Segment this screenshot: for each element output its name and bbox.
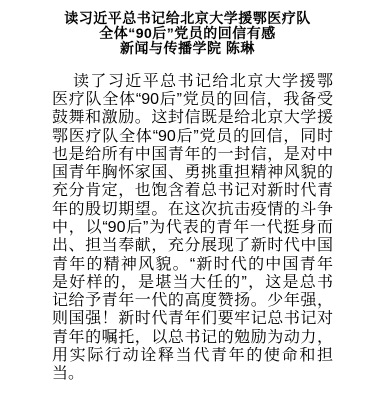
body-line: 是好样的，是堪当大任的”，这是总书 <box>52 274 333 292</box>
body-line: 鄂医疗队全体“90后”党员的回信，同时 <box>52 128 333 146</box>
document-title: 读习近平总书记给北京大学援鄂医疗队 全体“90后”党员的回信有感 新闻与传播学院… <box>0 0 375 57</box>
body-line: 青年的嘱托，以总书记的勉励为动力， <box>52 329 333 347</box>
body-line: 读了习近平总书记给北京大学援鄂 <box>52 73 333 91</box>
body-line: 中，以“90后”为代表的青年一代挺身而 <box>52 219 333 237</box>
title-line-1: 读习近平总书记给北京大学援鄂医疗队 <box>0 11 375 26</box>
body-line: 青年的精神风貌。“新时代的中国青年 <box>52 256 333 274</box>
body-line: 当。 <box>52 365 333 383</box>
body-line: 充分肯定，也饱含着总书记对新时代青 <box>52 182 333 200</box>
author-line: 新闻与传播学院 陈琳 <box>0 41 375 56</box>
body-line: 年的殷切期望。在这次抗击疫情的斗争 <box>52 201 333 219</box>
body-line: 记给予青年一代的高度赞扬。少年强， <box>52 292 333 310</box>
essay-body: 读了习近平总书记给北京大学援鄂 医疗队全体“90后”党员的回信，我备受 鼓舞和激… <box>52 73 333 384</box>
body-line: 鼓舞和激励。这封信既是给北京大学援 <box>52 109 333 127</box>
body-line: 国青年胸怀家国、勇挑重担精神风貌的 <box>52 164 333 182</box>
body-line: 也是给所有中国青年的一封信，是对中 <box>52 146 333 164</box>
title-line-2: 全体“90后”党员的回信有感 <box>0 26 375 41</box>
body-line: 出、担当奉献，充分展现了新时代中国 <box>52 237 333 255</box>
document-page: 读习近平总书记给北京大学援鄂医疗队 全体“90后”党员的回信有感 新闻与传播学院… <box>0 0 375 397</box>
body-line: 用实际行动诠释当代青年的使命和担 <box>52 347 333 365</box>
body-line: 则国强！新时代青年们要牢记总书记对 <box>52 310 333 328</box>
body-line: 医疗队全体“90后”党员的回信，我备受 <box>52 91 333 109</box>
